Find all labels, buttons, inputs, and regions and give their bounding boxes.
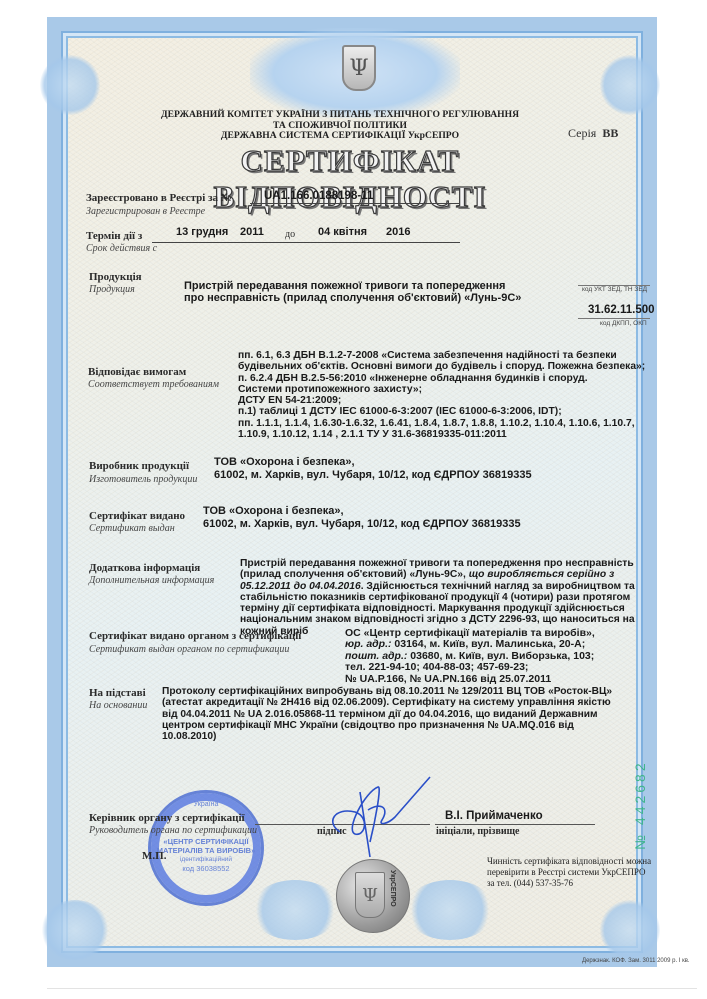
printer-note: Держзнак. КОФ. Зам. 3011 2009 р. І кв. <box>582 958 690 964</box>
cert-body-line: № UA.P.166, № UA.PN.166 від 25.07.2011 <box>345 674 595 685</box>
basis-label-ru: На основании <box>89 700 147 711</box>
address-type: пошт. адр.: <box>345 650 407 662</box>
product-description: Пристрій передавання пожежної тривоги та… <box>184 280 521 304</box>
bottom-ornament-icon <box>405 880 495 940</box>
requirement-line: пп. 6.1, 6.3 ДБН В.1.2-7-2008 «Система з… <box>238 350 658 361</box>
validity-label: Термін дії з <box>86 230 142 242</box>
product-line: про несправність (прилад сполучення об'є… <box>184 292 521 304</box>
info-text: (прилад сполучення об'єктовий) «Лунь-9С»… <box>240 569 469 580</box>
cert-body-details: ОС «Центр сертифікації матеріалів та вир… <box>345 628 595 685</box>
signatory-label: Керівник органу з сертифікації <box>89 812 245 824</box>
name-line <box>435 824 595 825</box>
requirements-list: пп. 6.1, 6.3 ДБН В.1.2-7-2008 «Система з… <box>238 350 658 440</box>
to-word: до <box>285 229 295 240</box>
basis-text: Протоколу сертифікаційних випробувань ві… <box>162 686 642 742</box>
certificate-title: СЕРТИФІКАТ ВІДПОВІДНОСТІ <box>150 143 550 215</box>
validity-underline <box>152 242 460 243</box>
manufacturer-label: Виробник продукції <box>89 460 189 472</box>
address-text: 03164, м. Київ, вул. Малинська, 20-А; <box>392 638 586 650</box>
stamp-ring-text: Україна <box>151 801 261 808</box>
basis-line: 10.08.2010) <box>162 731 642 742</box>
bottom-ornament-icon <box>250 880 340 940</box>
info-italic: що виробляється серійно з <box>469 569 615 580</box>
hologram-text: УкрСЕПРО <box>389 870 396 907</box>
series-label: Серія <box>568 126 596 140</box>
corner-ornament-icon <box>600 900 660 960</box>
info-line: національним знаком відповідності згідно… <box>240 614 660 625</box>
series-value: ВВ <box>602 126 618 140</box>
manufacturer-line: 61002, м. Харків, вул. Чубаря, 10/12, ко… <box>214 469 532 482</box>
basis-line: Протоколу сертифікаційних випробувань ві… <box>162 686 642 697</box>
signatory-label-ru: Руководитель органа по сертификации <box>89 825 257 836</box>
code-bottom-caption: код ДКПП, ОКП <box>600 320 647 327</box>
additional-info-label: Додаткова інформація <box>89 562 200 574</box>
series: Серія ВВ <box>568 126 618 141</box>
stamp-line: «ЦЕНТР СЕРТИФІКАЦІЇ <box>151 837 261 846</box>
info-line: (прилад сполучення об'єктовий) «Лунь-9С»… <box>240 569 660 580</box>
manufacturer-label-ru: Изготовитель продукции <box>89 474 197 485</box>
info-italic: 05.12.2011 до 04.04.2016 <box>240 581 361 592</box>
valid-to-date: 04 квітня <box>318 226 367 238</box>
requirement-line: п. 6.2.4 ДБН В.2.5-56:2010 «Інженерне об… <box>238 373 658 384</box>
signatory-name: В.І. Приймаченко <box>445 810 543 822</box>
issued-to-label-ru: Сертификат выдан <box>89 523 175 534</box>
verification-note: Чинність сертифіката відповідності можна… <box>487 856 651 889</box>
product-code: 31.62.11.500 <box>588 304 655 316</box>
trident-coat-of-arms-icon: Ψ <box>342 45 376 91</box>
official-seal-stamp: «ЦЕНТР СЕРТИФІКАЦІЇ МАТЕРІАЛІВ ТА ВИРОБІ… <box>148 790 264 906</box>
registry-underline <box>250 203 460 204</box>
verify-line: Чинність сертифіката відповідності можна <box>487 856 651 867</box>
issued-to-line: 61002, м. Харків, вул. Чубаря, 10/12, ко… <box>203 518 521 531</box>
serial-number: № 442682 <box>632 760 648 850</box>
product-label-ru: Продукция <box>89 284 135 295</box>
valid-from-date: 13 грудня <box>176 226 228 238</box>
product-line: Пристрій передавання пожежної тривоги та… <box>184 280 521 292</box>
info-line: Пристрій передавання пожежної тривоги та… <box>240 558 660 569</box>
registry-label-ru: Зарегистрирован в Реестре <box>86 206 205 217</box>
additional-info-label-ru: Дополнительная информация <box>89 575 214 586</box>
address-text: 03680, м. Київ, вул. Виборзька, 103; <box>407 650 594 662</box>
manufacturer-details: ТОВ «Охорона і безпека», 61002, м. Харкі… <box>214 456 532 482</box>
requirement-line: будівельних об'єктів. Основні вимоги до … <box>238 361 658 372</box>
cert-body-label: Сертифікат видано органом з сертифікації <box>89 630 301 642</box>
stamp-line: ідентифікаційний <box>151 855 261 864</box>
product-label: Продукція <box>89 271 142 283</box>
basis-line: центром сертифікації МНС України (свідоц… <box>162 720 642 731</box>
validity-label-ru: Срок действия с <box>86 243 157 254</box>
seal-mark: М.П. <box>142 850 166 862</box>
trident-coat-of-arms-icon: Ψ <box>355 872 385 918</box>
valid-from-year: 2011 <box>240 226 264 238</box>
verify-line: за тел. (044) 537-35-76 <box>487 878 651 889</box>
registry-label: Зареєстровано в Реєстрі за № <box>86 192 232 204</box>
registry-number: UA1.166.0188198-11 <box>264 190 373 202</box>
address-type: юр. адр.: <box>345 638 392 650</box>
manufacturer-line: ТОВ «Охорона і безпека», <box>214 456 532 469</box>
issued-to-label: Сертифікат видано <box>89 510 185 522</box>
stamp-text: «ЦЕНТР СЕРТИФІКАЦІЇ МАТЕРІАЛІВ ТА ВИРОБІ… <box>151 837 261 873</box>
requirements-label: Відповідає вимогам <box>88 366 186 378</box>
issuing-authority: ДЕРЖАВНИЙ КОМІТЕТ УКРАЇНИ З ПИТАНЬ ТЕХНІ… <box>150 110 530 142</box>
basis-line: від 04.04.2011 № UA 2.016.05868-11 термі… <box>162 709 642 720</box>
info-text: . Здійснюється технічний нагляд за вироб… <box>361 581 635 592</box>
code-bottom-line <box>578 318 650 319</box>
authority-line: ДЕРЖАВНИЙ КОМІТЕТ УКРАЇНИ З ПИТАНЬ ТЕХНІ… <box>150 110 530 121</box>
requirement-line: пп. 1.1.1, 1.1.4, 1.6.30-1.6.32, 1.6.41,… <box>238 418 658 429</box>
valid-to-year: 2016 <box>386 226 410 238</box>
additional-info-text: Пристрій передавання пожежної тривоги та… <box>240 558 660 637</box>
code-top-caption: код УКТ ЗЕД, ТН ЗЕД <box>582 286 647 293</box>
stamp-line: код 36038552 <box>151 864 261 873</box>
requirement-line: 1.10.9, 1.10.12, 1.14 , 2.1.1 ТУ У 31.6-… <box>238 429 658 440</box>
cert-body-line: тел. 221-94-10; 404-88-03; 457-69-23; <box>345 662 595 673</box>
corner-ornament-icon <box>600 55 660 115</box>
info-line: терміну дії сертифіката відповідності. М… <box>240 603 660 614</box>
requirement-line: Системи протипожежного захисту»; <box>238 384 658 395</box>
issued-to-line: ТОВ «Охорона і безпека», <box>203 505 521 518</box>
handwritten-signature <box>320 762 440 862</box>
cert-body-label-ru: Сертификат выдан органом по сертификации <box>89 644 289 655</box>
authority-line: ДЕРЖАВНА СИСТЕМА СЕРТИФІКАЦІЇ УкрСЕПРО <box>150 131 530 142</box>
requirements-label-ru: Соответствует требованиям <box>88 379 219 390</box>
requirement-line: п.1) таблиці 1 ДСТУ IEC 61000-6-3:2007 (… <box>238 406 658 417</box>
hologram-seal: Ψ УкрСЕПРО <box>336 859 410 933</box>
name-caption: ініціали, прізвище <box>436 826 519 837</box>
basis-label: На підставі <box>89 687 146 699</box>
corner-ornament-icon <box>40 900 110 960</box>
requirement-line: ДСТУ EN 54-21:2009; <box>238 395 658 406</box>
scan-edge-line <box>47 988 697 989</box>
issued-to-details: ТОВ «Охорона і безпека», 61002, м. Харкі… <box>203 505 521 531</box>
basis-line: (атестат акредитації № 2Н416 від 02.06.2… <box>162 697 642 708</box>
info-line: 05.12.2011 до 04.04.2016. Здійснюється т… <box>240 581 660 592</box>
verify-line: перевірити в Реєстрі системи УкрСЕПРО <box>487 867 651 878</box>
stamp-line: МАТЕРІАЛІВ ТА ВИРОБІВ» <box>151 846 261 855</box>
corner-ornament-icon <box>40 55 100 115</box>
info-line: стабільністю показників сертифікованої п… <box>240 592 660 603</box>
